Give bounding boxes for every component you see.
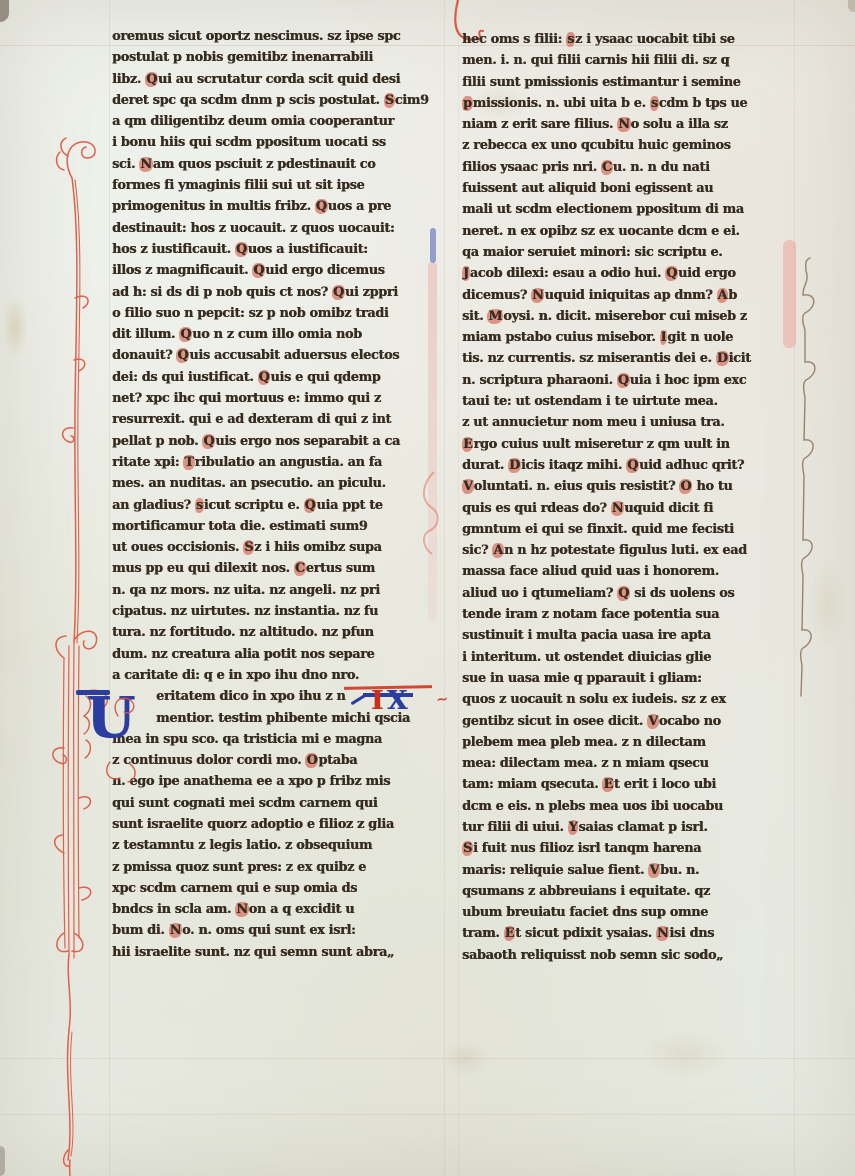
text-line: sic? An n hz potestate figulus luti. ex … [462,540,796,561]
text-line: oremus sicut oportz nescimus. sz ipse sp… [112,26,446,47]
text-line: pmissionis. n. ubi uita b e. scdm b tps … [462,93,796,114]
text-line: hec oms s filii: sz i ysaac uocabit tibi… [462,29,796,50]
text-line: i interitum. ut ostendet diuicias glie [462,647,796,668]
text-line: bndcs in scla am. Non a q excidit u [112,899,446,920]
text-line: maris: reliquie salue fient. Vbu. n. [462,860,796,881]
text-line: fuissent aut aliquid boni egissent au [462,178,796,199]
text-line: z testamntu z legis latio. z obsequium [112,835,446,856]
text-line: sabaoth reliquisst nob semn sic sodo„ [462,945,796,966]
text-line: massa face aliud quid uas i honorem. [462,561,796,582]
text-line: an gladius? sicut scriptu e. Quia ppt te [112,495,446,516]
text-line: Ergo cuius uult miseretur z qm uult in [462,434,796,455]
text-line: n. qa nz mors. nz uita. nz angeli. nz pr… [112,580,446,601]
text-line: sunt israelite quorz adoptio e filioz z … [112,814,446,835]
text-line: tende iram z notam face potentia sua [462,604,796,625]
text-line: aliud uo i qtumeliam? Q si ds uolens os [462,583,796,604]
text-line: i bonu hiis qui scdm ppositum uocati ss [112,132,446,153]
text-line: dicemus? Nuquid iniquitas ap dnm? Ab [462,285,796,306]
ruling-line-vertical [458,0,459,1176]
text-line: ut oues occisionis. Sz i hiis omibz supa [112,537,446,558]
text-line: ad h: si ds di p nob quis ct nos? Qui zp… [112,282,446,303]
text-line: filii sunt pmissionis estimantur i semin… [462,72,796,93]
text-line: net? xpc ihc qui mortuus e: immo qui z [112,388,446,409]
text-line: gentibz sicut in osee dicit. Vocabo no [462,711,796,732]
text-line: destinauit: hos z uocauit. z quos uocaui… [112,218,446,239]
text-line: qui sunt cognati mei scdm carnem qui [112,793,446,814]
text-line: qa maior seruiet minori: sic scriptu e. [462,242,796,263]
text-line: donauit? Quis accusabit aduersus electos [112,345,446,366]
text-line: hos z iustificauit. Quos a iustificauit: [112,239,446,260]
text-line: a qm diligentibz deum omia cooperantur [112,111,446,132]
text-line: durat. Dicis itaqz mihi. Quid adhuc qrit… [462,455,796,476]
text-line: tam: miam qsecuta. Et erit i loco ubi [462,774,796,795]
text-line: quis es qui rdeas do? Nuquid dicit fi [462,498,796,519]
text-line: xpc scdm carnem qui e sup omia ds [112,878,446,899]
text-line: sue in uasa mie q pparauit i gliam: [462,668,796,689]
text-line: mea in spu sco. qa tristicia mi e magna [112,729,446,750]
text-line: primogenitus in multis fribz. Quos a pre [112,196,446,217]
text-line: deret spc qa scdm dnm p scis postulat. S… [112,90,446,111]
red-squiggle: ~ [435,691,450,708]
text-line: mea: dilectam mea. z n miam qsecu [462,753,796,774]
text-line: mali ut scdm electionem ppositum di ma [462,199,796,220]
text-line: z pmissa quoz sunt pres: z ex quibz e [112,857,446,878]
text-line: sit. Moysi. n. dicit. miserebor cui mise… [462,306,796,327]
text-line: qsumans z abbreuians i equitate. qz [462,881,796,902]
text-line: men. i. n. qui filii carnis hii filii di… [462,50,796,71]
text-line: tis. nz currentis. sz miserantis dei e. … [462,348,796,369]
text-line: Jacob dilexi: esau a odio hui. Quid ergo [462,263,796,284]
text-line: dit illum. Quo n z cum illo omia nob [112,324,446,345]
text-line: sci. Nam quos psciuit z pdestinauit co [112,154,446,175]
text-line: hii israelite sunt. nz qui semn sunt abr… [112,942,446,963]
text-line: bum di. No. n. oms qui sunt ex isrl: [112,920,446,941]
text-line: n. scriptura pharaoni. Quia i hoc ipm ex… [462,370,796,391]
chapter-numeral-i: I [371,687,383,715]
chapter-numeral-x: X [387,687,407,715]
text-column-right: hec oms s filii: sz i ysaac uocabit tibi… [462,29,796,966]
text-line: ubum breuiatu faciet dns sup omne [462,902,796,923]
text-line: o filio suo n pepcit: sz p nob omibz tra… [112,303,446,324]
text-line: dei: ds qui iustificat. Quis e qui qdemp [112,367,446,388]
text-line: z ut annucietur nom meu i uniusa tra. [462,412,796,433]
text-line: z rebecca ex uno qcubitu huic geminos [462,135,796,156]
text-line: miam pstabo cuius misebor. Igit n uole [462,327,796,348]
text-line: plebem mea pleb mea. z n dilectam [462,732,796,753]
text-line: n. ego ipe anathema ee a xpo p fribz mis [112,771,446,792]
text-line: resurrexit. qui e ad dexteram di qui z i… [112,409,446,430]
text-line: tur filii di uiui. Ysaias clamat p isrl. [462,817,796,838]
text-line: Si fuit nus filioz isrl tanqm harena [462,838,796,859]
text-line: niam z erit sare filius. No solu a illa … [462,114,796,135]
text-line: tura. nz fortitudo. nz altitudo. nz pfun [112,622,446,643]
initial-filigree [78,684,162,796]
text-line: dum. nz creatura alia potit nos separe [112,644,446,665]
text-line: libz. Qui au scrutatur corda scit quid d… [112,69,446,90]
text-line: postulat p nobis gemitibz inenarrabili [112,47,446,68]
text-line: tram. Et sicut pdixit ysaias. Nisi dns [462,923,796,944]
text-line: sustinuit i multa pacia uasa ire apta [462,625,796,646]
text-line: ritate xpi: Tribulatio an angustia. an f… [112,452,446,473]
text-line: cipatus. nz uirtutes. nz instantia. nz f… [112,601,446,622]
text-line: pellat p nob. Quis ergo nos separabit a … [112,431,446,452]
text-line: z continuus dolor cordi mo. Optaba [112,750,446,771]
text-line: mes. an nuditas. an psecutio. an piculu. [112,473,446,494]
text-line: gmntum ei qui se finxit. quid me fecisti [462,519,796,540]
marginal-squiggle [790,240,835,720]
chapter-numeral-group: I X ~ [330,684,458,720]
text-line: filios ysaac pris nri. Cu. n. n du nati [462,157,796,178]
text-line: neret. n ex opibz sz ex uocante dcm e ei… [462,221,796,242]
text-line: quos z uocauit n solu ex iudeis. sz z ex [462,689,796,710]
text-line: taui te: ut ostendam i te uirtute mea. [462,391,796,412]
text-line: illos z magnificauit. Quid ergo dicemus [112,260,446,281]
text-line: formes fi ymaginis filii sui ut sit ipse [112,175,446,196]
text-line: Voluntati. n. eius quis resistit? O ho t… [462,476,796,497]
text-column-left: oremus sicut oportz nescimus. sz ipse sp… [112,26,446,963]
text-line: a caritate di: q e in xpo ihu dno nro. [112,665,446,686]
text-line: mortificamur tota die. estimati sum9 [112,516,446,537]
text-line: dcm e eis. n plebs mea uos ibi uocabu [462,796,796,817]
text-line: mus pp eu qui dilexit nos. Certus sum [112,558,446,579]
